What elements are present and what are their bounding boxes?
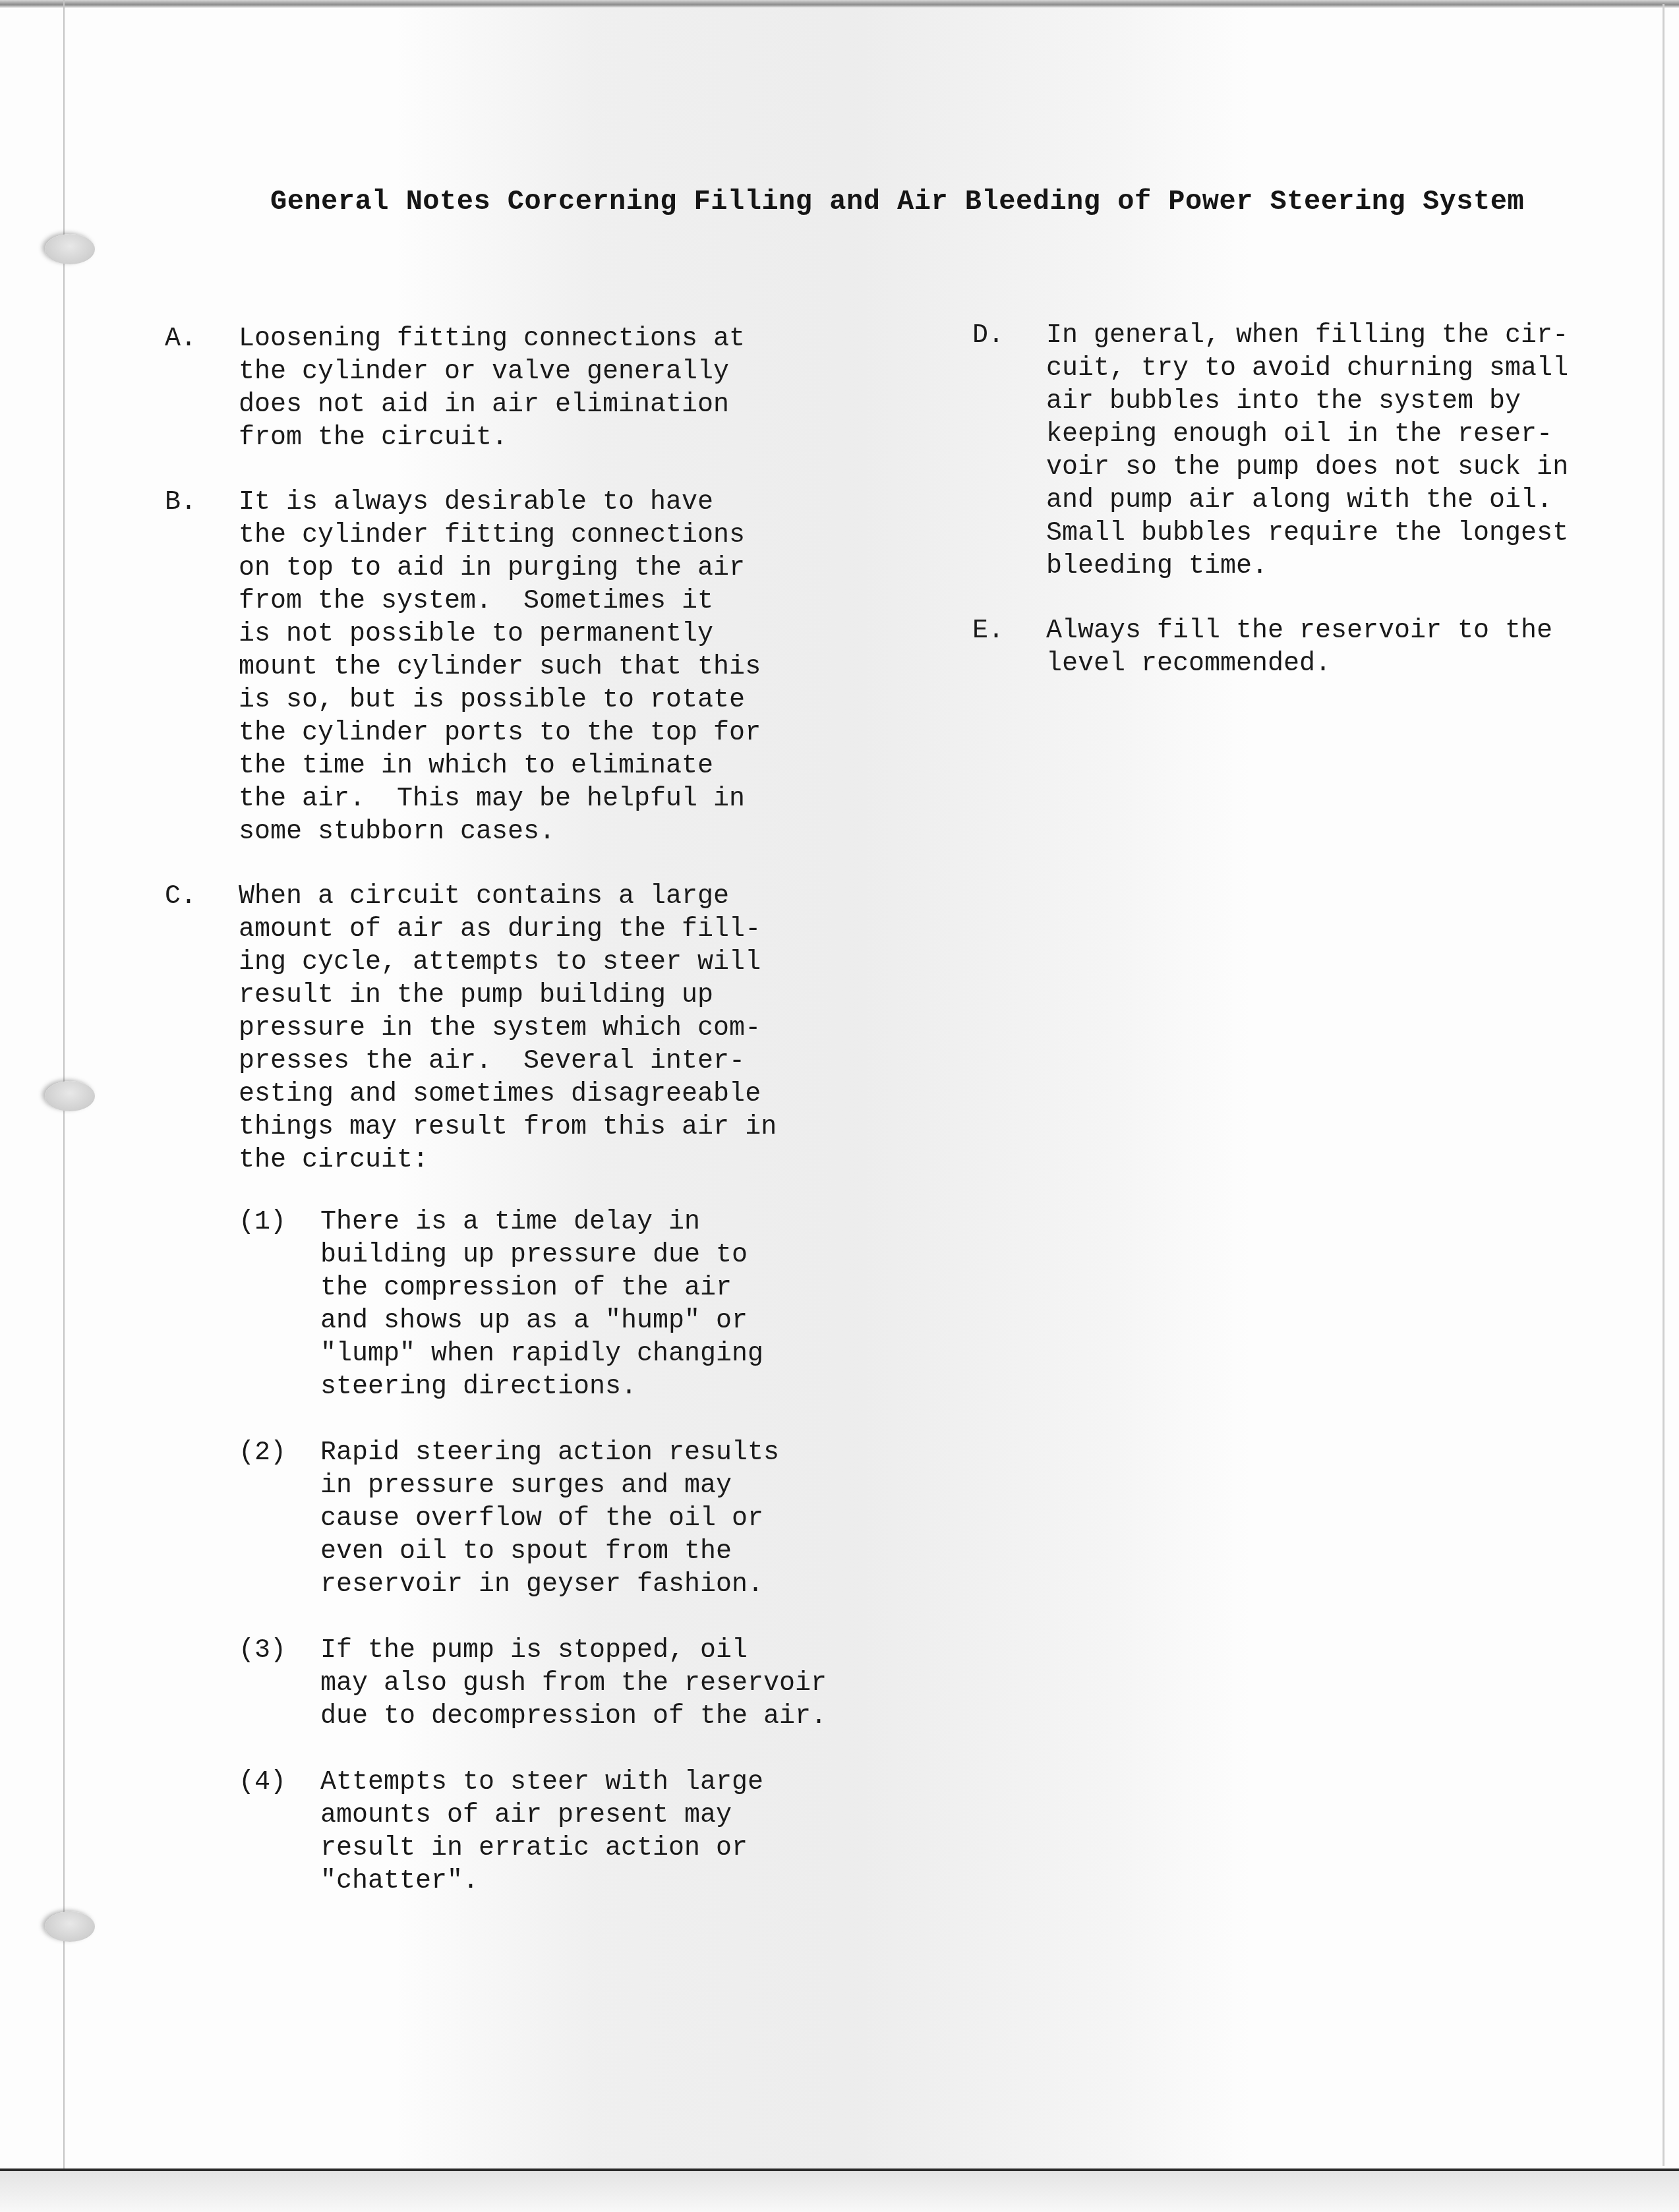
- subnote-2: (2) Rapid steering action results in pre…: [239, 1437, 857, 1602]
- note-c: C. When a circuit contains a large amoun…: [165, 881, 857, 1177]
- note-label: A.: [165, 323, 239, 455]
- note-b: B. It is always desirable to have the cy…: [165, 486, 857, 849]
- left-column: A. Loosening fitting connections at the …: [165, 323, 857, 1931]
- subnote-text: Attempts to steer with large amounts of …: [320, 1766, 763, 1898]
- note-label: E.: [972, 615, 1046, 681]
- punch-hole-top: [45, 234, 95, 264]
- note-label: C.: [165, 881, 239, 1177]
- subnote-3: (3) If the pump is stopped, oil may also…: [239, 1635, 857, 1733]
- punch-hole-bottom: [45, 1911, 95, 1942]
- page-top-edge: [0, 0, 1679, 8]
- right-column: D. In general, when filling the cir- cui…: [972, 320, 1664, 713]
- note-a: A. Loosening fitting connections at the …: [165, 323, 857, 455]
- note-text: Always fill the reservoir to the level r…: [1046, 615, 1552, 681]
- punch-hole-middle: [45, 1081, 95, 1111]
- scanner-bed-strip: [0, 2171, 1679, 2212]
- subnote-label: (4): [239, 1766, 320, 1898]
- note-text: Loosening fitting connections at the cyl…: [239, 323, 745, 455]
- note-text: It is always desirable to have the cylin…: [239, 486, 761, 849]
- note-text: When a circuit contains a large amount o…: [239, 881, 777, 1177]
- note-e: E. Always fill the reservoir to the leve…: [972, 615, 1664, 681]
- subnote-text: There is a time delay in building up pre…: [320, 1206, 763, 1404]
- subnote-label: (2): [239, 1437, 320, 1602]
- subnote-label: (1): [239, 1206, 320, 1404]
- subnote-text: Rapid steering action results in pressur…: [320, 1437, 779, 1602]
- subnote-4: (4) Attempts to steer with large amounts…: [239, 1766, 857, 1898]
- scanned-page: General Notes Corcerning Filling and Air…: [0, 0, 1679, 2212]
- note-label: D.: [972, 320, 1046, 583]
- subnote-1: (1) There is a time delay in building up…: [239, 1206, 857, 1404]
- subnote-label: (3): [239, 1635, 320, 1733]
- note-label: B.: [165, 486, 239, 849]
- page-title: General Notes Corcerning Filling and Air…: [270, 186, 1510, 218]
- note-c-subitems: (1) There is a time delay in building up…: [239, 1206, 857, 1898]
- subnote-text: If the pump is stopped, oil may also gus…: [320, 1635, 827, 1733]
- note-text: In general, when filling the cir- cuit, …: [1046, 320, 1568, 583]
- note-d: D. In general, when filling the cir- cui…: [972, 320, 1664, 583]
